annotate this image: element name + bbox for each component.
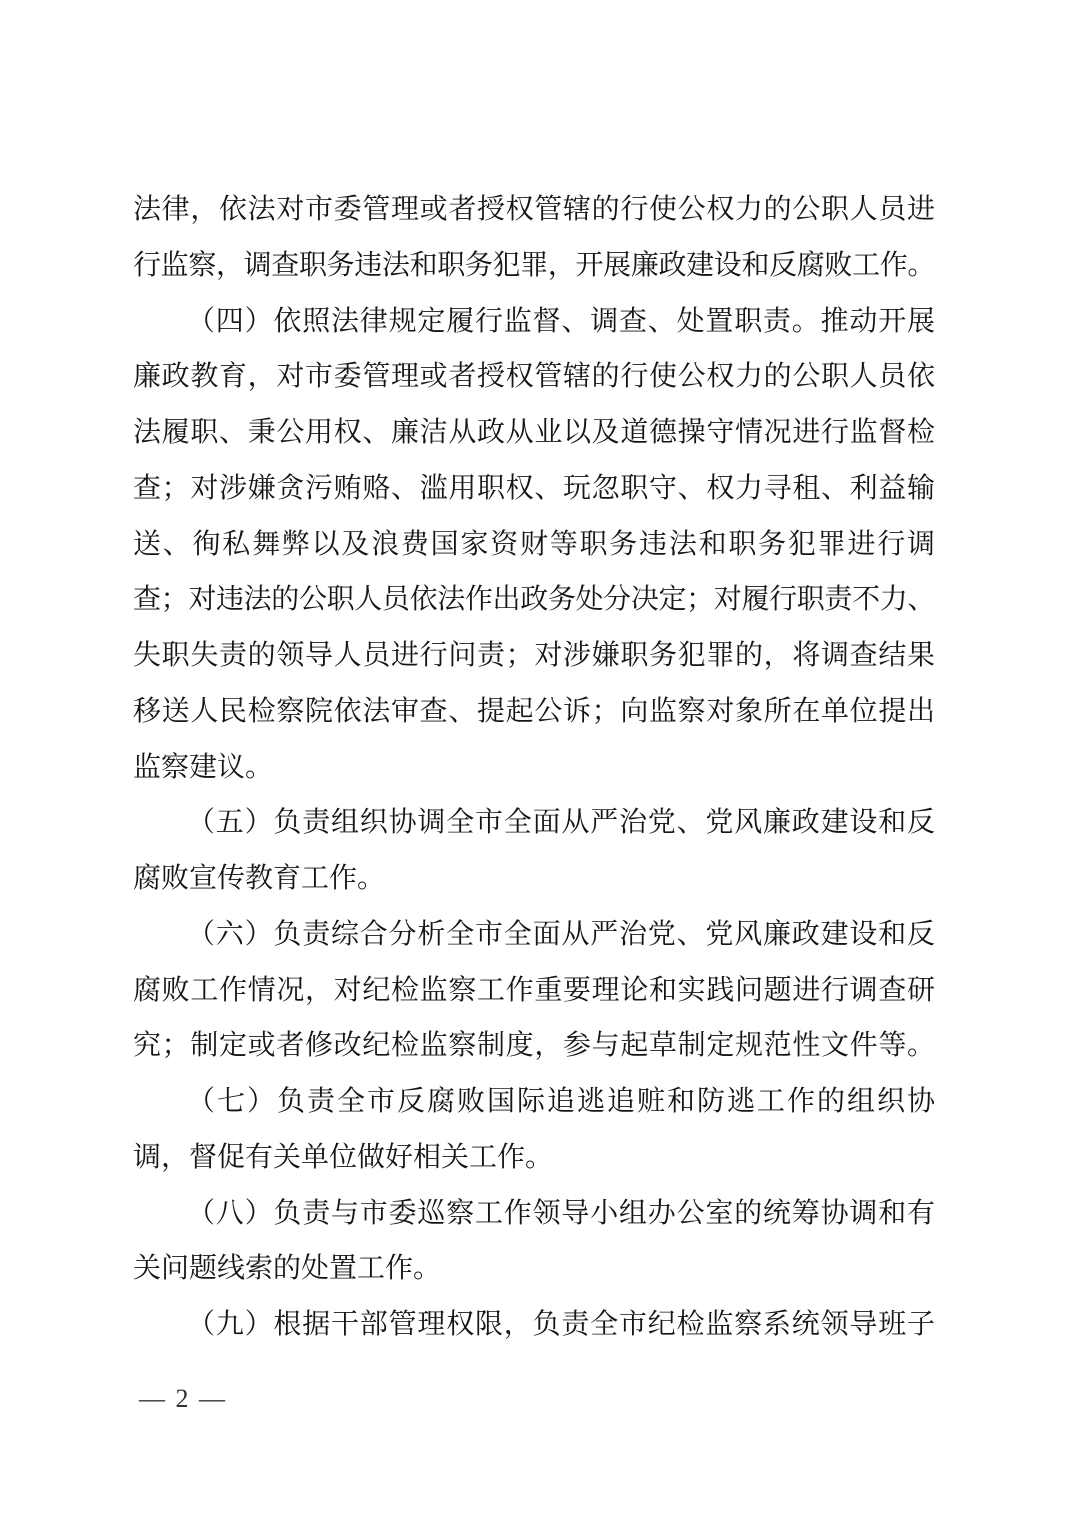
text-line: 移送人民检察院依法审查、提起公诉；向监察对象所在单位提出 bbox=[133, 684, 935, 740]
text-line: 关问题线索的处置工作。 bbox=[133, 1241, 935, 1297]
text-line: 失职失责的领导人员进行问责；对涉嫌职务犯罪的，将调查结果 bbox=[133, 628, 935, 684]
text-line: （九）根据干部管理权限，负责全市纪检监察系统领导班子 bbox=[133, 1297, 935, 1353]
text-line: 查；对违法的公职人员依法作出政务处分决定；对履行职责不力、 bbox=[133, 572, 935, 628]
text-line: 查；对涉嫌贪污贿赂、滥用职权、玩忽职守、权力寻租、利益输 bbox=[133, 461, 935, 517]
text-line: 究；制定或者修改纪检监察制度，参与起草制定规范性文件等。 bbox=[133, 1018, 935, 1074]
text-line: 监察建议。 bbox=[133, 740, 935, 796]
text-line: （七）负责全市反腐败国际追逃追赃和防逃工作的组织协 bbox=[133, 1074, 935, 1130]
text-line: 行监察，调查职务违法和职务犯罪，开展廉政建设和反腐败工作。 bbox=[133, 238, 935, 294]
text-line: （六）负责综合分析全市全面从严治党、党风廉政建设和反 bbox=[133, 907, 935, 963]
body-text: 法律，依法对市委管理或者授权管辖的行使公权力的公职人员进 行监察，调查职务违法和… bbox=[133, 182, 935, 1353]
text-line: （八）负责与市委巡察工作领导小组办公室的统筹协调和有 bbox=[133, 1186, 935, 1242]
text-line: 法履职、秉公用权、廉洁从政从业以及道德操守情况进行监督检 bbox=[133, 405, 935, 461]
text-line: （四）依照法律规定履行监督、调查、处置职责。推动开展 bbox=[133, 294, 935, 350]
text-line: 廉政教育，对市委管理或者授权管辖的行使公权力的公职人员依 bbox=[133, 349, 935, 405]
document-page: 法律，依法对市委管理或者授权管辖的行使公权力的公职人员进 行监察，调查职务违法和… bbox=[0, 0, 1074, 1520]
text-line: 腐败宣传教育工作。 bbox=[133, 851, 935, 907]
text-line: 法律，依法对市委管理或者授权管辖的行使公权力的公职人员进 bbox=[133, 182, 935, 238]
text-line: 送、徇私舞弊以及浪费国家资财等职务违法和职务犯罪进行调 bbox=[133, 517, 935, 573]
page-number: — 2 — bbox=[139, 1383, 227, 1415]
text-line: 腐败工作情况，对纪检监察工作重要理论和实践问题进行调查研 bbox=[133, 963, 935, 1019]
text-line: （五）负责组织协调全市全面从严治党、党风廉政建设和反 bbox=[133, 795, 935, 851]
text-line: 调，督促有关单位做好相关工作。 bbox=[133, 1130, 935, 1186]
